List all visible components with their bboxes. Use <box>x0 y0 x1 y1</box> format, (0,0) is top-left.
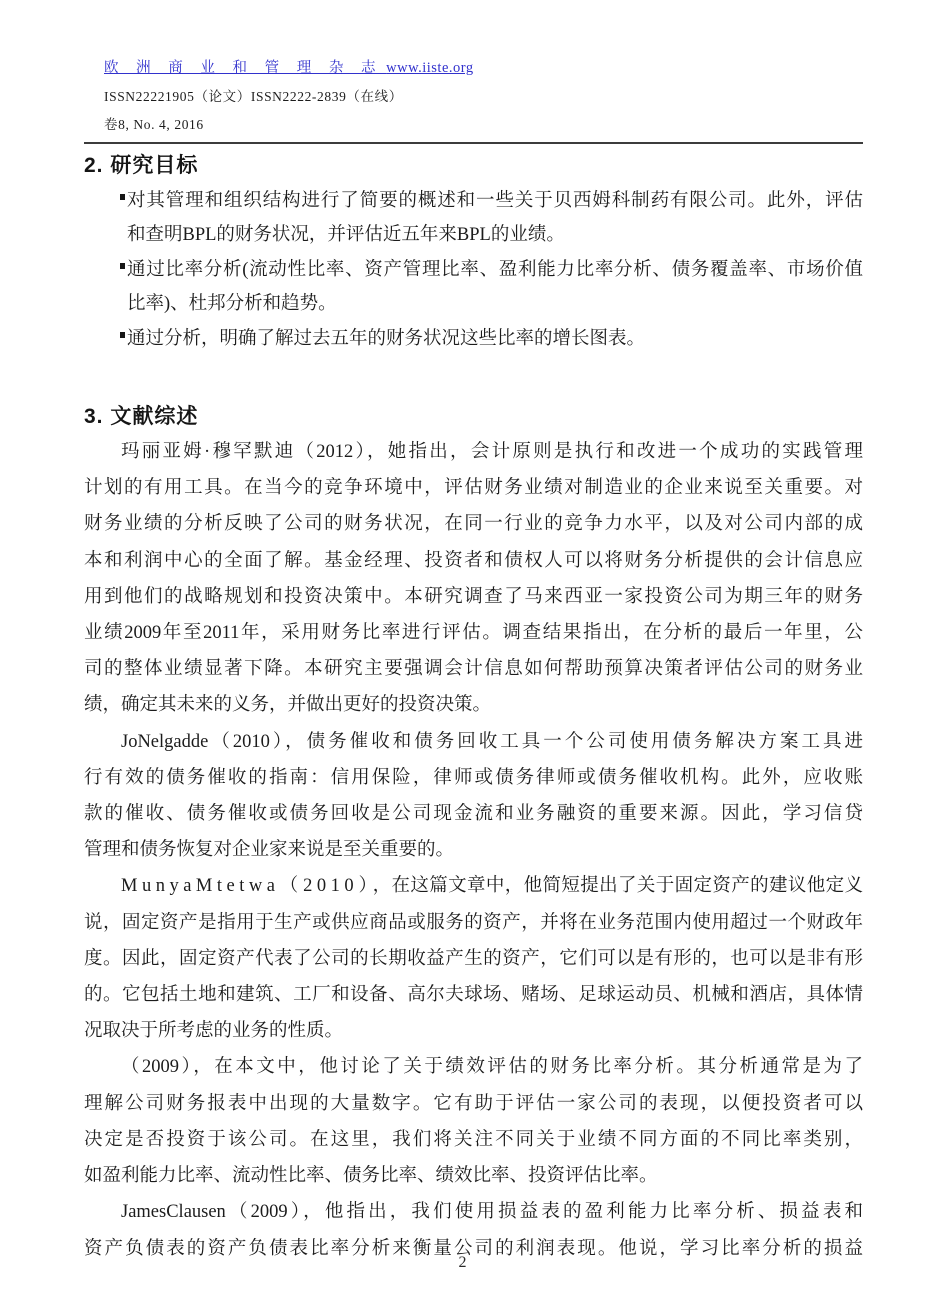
bullet-icon <box>120 194 125 200</box>
text-line: 对其管理和组织结构进行了简要的概述和一些关于贝西姆科制药有限公司。此外，评估 <box>127 184 863 218</box>
text-line: 款的催收、债务催收或债务回收是公司现金流和业务融资的重要来源。因此，学习信贷 <box>84 796 863 832</box>
text-span: ，在这篇文章中，他简短提出了关于固定资产的建议他定义 <box>373 876 863 896</box>
bullet-icon <box>120 263 125 269</box>
text-line: 司的整体业绩显著下降。本研究主要强调会计信息如何帮助预算决策者评估公司的财务业 <box>84 651 863 687</box>
text-line: 本和利润中心的全面了解。基金经理、投资者和债权人可以将财务分析提供的会计信息应 <box>84 543 863 579</box>
document-page: 欧 洲 商 业 和 管 理 杂 志 www.iiste.org ISSN2222… <box>0 0 925 1309</box>
text-line: 的。它包括土地和建筑、工厂和设备、高尔夫球场、赌场、足球运动员、机械和酒店，具体… <box>84 977 863 1013</box>
paragraph: JoNelgadde（2010），债务催收和债务回收工具一个公司使用债务解决方案… <box>84 724 863 869</box>
text-line: 说，固定资产是指用于生产或供应商品或服务的资产，并将在业务范围内使用超过一个财政… <box>84 905 863 941</box>
text-line: 比率)、杜邦分析和趋势。 <box>127 287 863 321</box>
bullet-icon <box>120 332 125 338</box>
text-line: 通过分析，明确了解过去五年的财务状况这些比率的增长图表。 <box>127 322 863 356</box>
text-line: 业绩2009年至2011年，采用财务比率进行评估。调查结果指出，在分析的最后一年… <box>84 615 863 651</box>
text-line: 理解公司财务报表中出现的大量数字。它有助于评估一家公司的表现，以便投资者可以 <box>84 1086 863 1122</box>
text-line: 如盈利能力比率、流动性比率、债务比率、绩效比率、投资评估比率。 <box>84 1158 863 1194</box>
text-line: 决定是否投资于该公司。在这里，我们将关注不同关于业绩不同方面的不同比率类别， <box>84 1122 863 1158</box>
journal-name[interactable]: 欧 洲 商 业 和 管 理 杂 志 <box>104 60 383 76</box>
header-divider <box>84 142 863 144</box>
text-line: 用到他们的战略规划和投资决策中。本研究调查了马来西亚一家投资公司为期三年的财务 <box>84 579 863 615</box>
objectives-section: 2. 研究目标 对其管理和组织结构进行了简要的概述和一些关于贝西姆科制药有限公司… <box>84 149 863 356</box>
list-item: 通过比率分析(流动性比率、资产管理比率、盈利能力比率分析、债务覆盖率、市场价值 … <box>84 253 863 322</box>
text-line: MunyaMtetwa（2010），在这篇文章中，他简短提出了关于固定资产的建议… <box>84 868 863 904</box>
text-line: 度。因此，固定资产代表了公司的长期收益产生的资产，它们可以是有形的，也可以是非有… <box>84 941 863 977</box>
text-line: 和查明BPL的财务状况，并评估近五年来BPL的业绩。 <box>127 218 863 252</box>
journal-url[interactable]: www.iiste.org <box>386 60 473 76</box>
paragraph: （2009），在本文中，他讨论了关于绩效评估的财务比率分析。其分析通常是为了 理… <box>84 1049 863 1194</box>
text-line: 财务业绩的分析反映了公司的财务状况，在同一行业的竞争力水平，以及对公司内部的成 <box>84 506 863 542</box>
list-item: 对其管理和组织结构进行了简要的概述和一些关于贝西姆科制药有限公司。此外，评估 和… <box>84 184 863 253</box>
section-heading-literature: 3. 文献综述 <box>84 400 863 430</box>
page-number: 2 <box>0 1254 925 1272</box>
journal-header: 欧 洲 商 业 和 管 理 杂 志 www.iiste.org ISSN2222… <box>104 56 863 133</box>
objectives-list: 对其管理和组织结构进行了简要的概述和一些关于贝西姆科制药有限公司。此外，评估 和… <box>84 184 863 356</box>
literature-section: 3. 文献综述 玛丽亚姆·穆罕默迪（2012），她指出，会计原则是执行和改进一个… <box>84 400 863 1267</box>
text-line: 计划的有用工具。在当今的竞争环境中，评估财务业绩对制造业的企业来说至关重要。对 <box>84 470 863 506</box>
journal-link[interactable]: 欧 洲 商 业 和 管 理 杂 志 www.iiste.org <box>104 56 474 77</box>
section-heading-objectives: 2. 研究目标 <box>84 149 863 179</box>
text-line: 玛丽亚姆·穆罕默迪（2012），她指出，会计原则是执行和改进一个成功的实践管理 <box>84 434 863 470</box>
author-name: MunyaMtetwa（2010） <box>121 876 373 896</box>
paragraph: 玛丽亚姆·穆罕默迪（2012），她指出，会计原则是执行和改进一个成功的实践管理 … <box>84 434 863 724</box>
text-line: （2009），在本文中，他讨论了关于绩效评估的财务比率分析。其分析通常是为了 <box>84 1049 863 1085</box>
text-line: JoNelgadde（2010），债务催收和债务回收工具一个公司使用债务解决方案… <box>84 724 863 760</box>
text-line: 绩，确定其未来的义务，并做出更好的投资决策。 <box>84 687 863 723</box>
text-line: 况取决于所考虑的业务的性质。 <box>84 1013 863 1049</box>
issn-line: ISSN22221905（论文）ISSN2222-2839（在线） <box>104 85 863 105</box>
volume-line: 卷8, No. 4, 2016 <box>104 113 863 133</box>
text-line: 行有效的债务催收的指南：信用保险，律师或债务律师或债务催收机构。此外，应收账 <box>84 760 863 796</box>
text-line: 管理和债务恢复对企业家来说是至关重要的。 <box>84 832 863 868</box>
list-item: 通过分析，明确了解过去五年的财务状况这些比率的增长图表。 <box>84 322 863 356</box>
text-line: 通过比率分析(流动性比率、资产管理比率、盈利能力比率分析、债务覆盖率、市场价值 <box>127 253 863 287</box>
text-line: JamesClausen（2009），他指出，我们使用损益表的盈利能力比率分析、… <box>84 1194 863 1230</box>
paragraph: MunyaMtetwa（2010），在这篇文章中，他简短提出了关于固定资产的建议… <box>84 868 863 1049</box>
